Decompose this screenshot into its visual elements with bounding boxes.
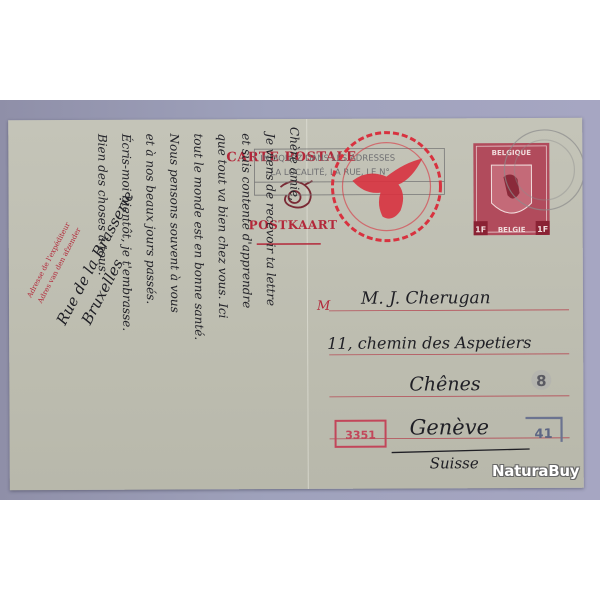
svg-text:1F: 1F <box>475 225 486 234</box>
svg-text:Genève: Genève <box>409 415 489 439</box>
svg-text:Suisse: Suisse <box>430 454 479 472</box>
address-prefix: M <box>316 299 331 314</box>
svg-text:BELGIE: BELGIE <box>498 226 526 234</box>
stamp: BELGIQUE 1F 1F BELGIE <box>473 143 549 235</box>
message-line: Écris-moi bientôt, je t'embrasse. <box>119 133 135 331</box>
slogan-cancel: INDIQUEZ DANS LES ADRESSES LA LOCALITÉ, … <box>254 148 444 195</box>
message-line: Je viens de recevoir ta lettre <box>263 130 278 306</box>
handwritten-address: M. J. Cherugan 11, chemin des Aspetiers … <box>327 288 532 473</box>
svg-text:BELGIQUE: BELGIQUE <box>492 149 532 157</box>
svg-text:3351: 3351 <box>345 429 376 442</box>
postcard: CARTE POSTALE POSTKAART INDIQUEZ DANS LE… <box>8 118 584 491</box>
svg-text:41: 41 <box>534 427 552 442</box>
message-line: Chère amie, <box>287 127 301 201</box>
svg-text:Chênes: Chênes <box>409 373 481 395</box>
handwritten-message: Chère amie,Je viens de recevoir ta lettr… <box>95 127 302 341</box>
postcard-artwork: CARTE POSTALE POSTKAART INDIQUEZ DANS LE… <box>8 118 584 491</box>
message-line: que tout va bien chez vous. Ici <box>215 133 230 318</box>
svg-text:M. J. Cherugan: M. J. Cherugan <box>360 288 491 309</box>
message-line: tout le monde est en bonne santé. <box>191 133 206 340</box>
message-line: et suis contente d'apprendre <box>239 133 254 308</box>
svg-text:INDIQUEZ DANS LES ADRESSES: INDIQUEZ DANS LES ADRESSES <box>260 154 395 165</box>
svg-text:11, chemin des Aspetiers: 11, chemin des Aspetiers <box>327 333 531 353</box>
censor-box-3351: 3351 <box>336 421 386 447</box>
naturabuy-watermark: NaturaBuy <box>492 462 579 480</box>
message-line: et à nos beaux jours passés. <box>143 134 158 305</box>
censor-circle-8: 8 <box>531 370 551 390</box>
svg-text:8: 8 <box>536 372 547 390</box>
message-line: Bien des choses à tous. <box>95 133 110 276</box>
svg-text:1F: 1F <box>537 225 548 234</box>
message-line: Nous pensons souvent à vous <box>167 132 182 312</box>
title-postkaart: POSTKAART <box>249 218 338 232</box>
